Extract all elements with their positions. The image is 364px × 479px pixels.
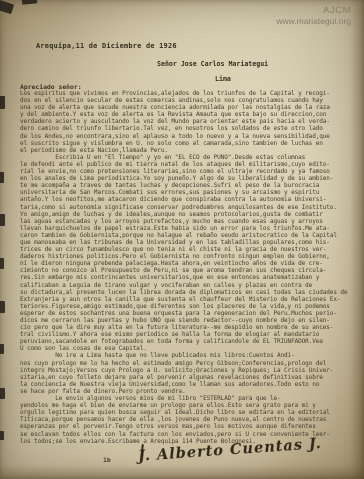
scanned-letter-page: AJCM www.mariategui.org Arequipa,11 de D… (0, 0, 364, 479)
letter-body-line: sitaria,en cuyo folleto dejare para el p… (20, 374, 362, 381)
watermark-url: www.mariategui.org (276, 16, 351, 27)
letter-body-line: esperar de estos sochantres una buena or… (20, 310, 362, 317)
letter-body-line: la conciencia de Nuestra vieja Universid… (20, 381, 362, 388)
letter-body-line: Escribia U en "El Tiempo" y yo en "EL EC… (20, 154, 362, 161)
letter-body-line: le defendi ante el publico de mi tierra … (20, 161, 362, 168)
letter-body-line: se hace por falta de dinero.Pero pronto … (20, 388, 362, 395)
letter-recipient: Señor Jose Carlos Mariategui (157, 60, 268, 68)
letter-body-line: res.Sin embargo mis contrincantes univer… (20, 274, 362, 281)
letter-body-line: dos en el silencio secular de estas coma… (20, 97, 362, 104)
letter-body-line: dero camino del triunfo libertario.Tal v… (20, 125, 362, 132)
letter-body-line: Los espiritus que vivimos en Provincias,… (20, 90, 362, 97)
letter-body-line: universitaria de San Marcos.Combati sus … (20, 189, 362, 196)
letter-dateline: Arequipa,11 de Diciembre de 1926 (36, 42, 177, 50)
letter-body-line: verdadero acierto y auscultando la voz d… (20, 118, 362, 125)
scan-artifact (0, 214, 5, 226)
letter-body-line: Le envio algunos versos mios de mi libro… (20, 395, 362, 402)
letter-body-line: daderos histriones politicos.Pero el Gob… (20, 253, 362, 260)
letter-body-line: en los anales de Lima periodistica.Yo so… (20, 175, 362, 182)
watermark-initials: AJCM (276, 5, 351, 16)
letter-body-line: Yo amigo,amigo de luchas y de ideales,au… (20, 211, 362, 218)
typist-page-mark: 1b (103, 456, 111, 464)
scan-artifact (0, 301, 5, 313)
letter-body-line: cio pero que la dire muy alta en la futu… (20, 324, 362, 331)
letter-body-line: te me acompaña a traves de tantas luchas… (20, 182, 362, 189)
letter-body-line: U como son las cosas de esa Capital. (20, 345, 362, 352)
letter-body-line: Extranjeria y aun otros la canilla que s… (20, 296, 362, 303)
archive-watermark: AJCM www.mariategui.org (276, 5, 351, 27)
letter-body-line: orgullo legitimo para quien busca seguir… (20, 409, 362, 416)
letter-body-line: Titicaca,porque pensamos hacer de ella ,… (20, 416, 362, 423)
paper-edge-shadow (350, 0, 364, 479)
letter-body-line: trices de un circo funambulesco que no t… (20, 246, 362, 253)
letter-body-line: su dictadura,al presente lucen la librea… (20, 289, 362, 296)
letter-body-line: No ire a Lima hasta que no lleve publica… (20, 352, 362, 359)
letter-body-line: teriores.Figurese,amigo estimado,que dif… (20, 303, 362, 310)
letter-body-line: llevan barquichuelos de papel estraza.Es… (20, 225, 362, 232)
letter-body-line: que manoseaba en las tribunas de la Univ… (20, 239, 362, 246)
scan-artifact (0, 258, 4, 269)
letter-body: Los espiritus que vivimos en Provincias,… (20, 90, 362, 445)
scan-artifact (0, 0, 14, 14)
scan-artifact (0, 172, 4, 183)
letter-body-line: nos cuyo prologo me lo ha hecho el estim… (20, 360, 362, 367)
letter-body-line: caron tambien de Gobiernista,porque no h… (20, 232, 362, 239)
scan-artifact (22, 0, 38, 5)
letter-body-line: una voz de alerta que sacude nuestra con… (20, 104, 362, 111)
scan-artifact (0, 431, 4, 440)
letter-body-line: integro Mostajo;Versos cuyo Prologo a U.… (20, 367, 362, 374)
letter-body-line: rial le envie,no como pretensiones liter… (20, 168, 362, 175)
letter-body-line: ni le dieron ninguna prebenda palaciega.… (20, 260, 362, 267)
letter-body-line: cimiento no conozco al Presupuesto de Pe… (20, 267, 362, 274)
letter-body-line: tral civilismo.Y ahora ese mismo periodi… (20, 331, 362, 338)
letter-body-line: peruviano,sacandole en fotograbados en t… (20, 338, 362, 345)
scan-artifact (0, 388, 5, 399)
letter-body-line: y del ambiente.Y esta voz de alerta es l… (20, 111, 362, 118)
letter-body-line: dicos me cerraron las puertas y hubo UNO… (20, 317, 362, 324)
scan-artifact (0, 96, 5, 109)
letter-body-line: taria,como si autonomia significase cons… (20, 204, 362, 211)
paper-edge-shadow (0, 465, 364, 479)
letter-body-line: el periodismo de esta Nacion,llamada Per… (20, 147, 362, 154)
letter-body-line: calificaban a Leguia de tirano vulgar y … (20, 282, 362, 289)
letter-body-line: el suscrito sigue y vislumbra en U. no s… (20, 140, 362, 147)
scan-artifact (0, 344, 4, 354)
letter-body-line: esperanzas por el porvenir.Tengo otros v… (20, 423, 362, 430)
letter-body-line: de los Andes,no encontrara,sino el aplau… (20, 133, 362, 140)
letter-body-line: las aguas estancadas y los arroyos putre… (20, 218, 362, 225)
letter-body-line: yendolos me haga el bien de enviarme un … (20, 402, 362, 409)
letter-city: Lima (215, 75, 231, 83)
letter-body-line: antaño.Y los neofitos,me atacaron dicien… (20, 196, 362, 203)
